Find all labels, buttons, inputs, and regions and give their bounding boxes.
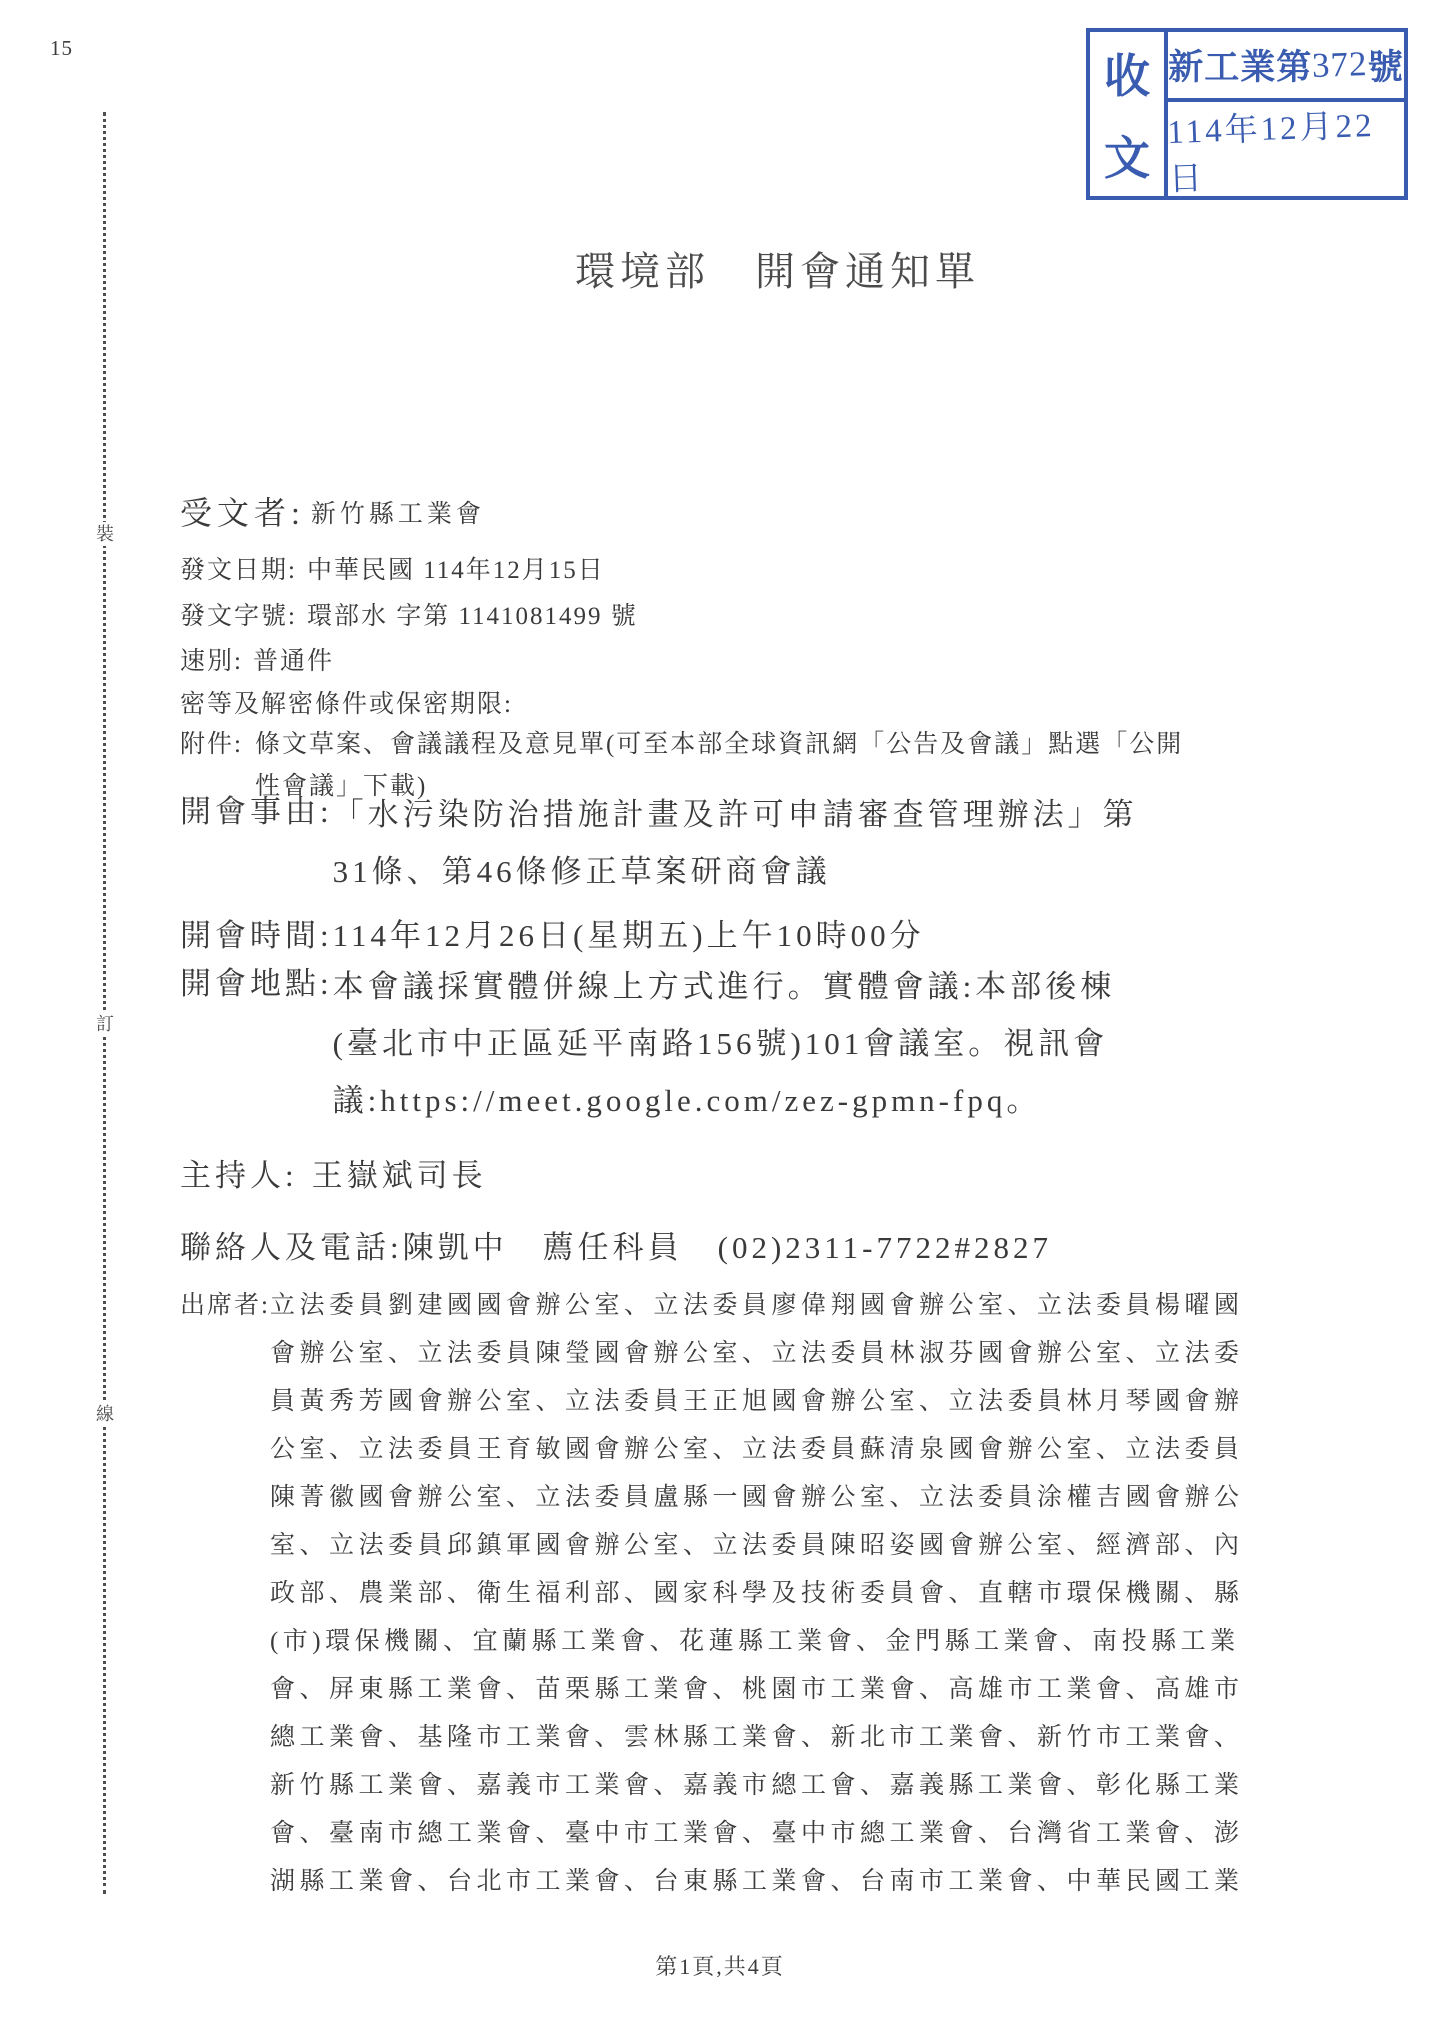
- attendees-line: 員黃秀芳國會辦公室、立法委員王正旭國會辦公室、立法委員林月琴國會辦: [270, 1378, 1244, 1426]
- attachment-label: 附件:: [180, 724, 243, 760]
- doc-number-row: 發文字號:環部水 字第 1141081499 號: [180, 596, 638, 632]
- stamp-receive-char-top: 收: [1104, 40, 1150, 106]
- contact-value: 陳凱中 薦任科員 (02)2311-7722#2827: [403, 1230, 1052, 1265]
- attendees-line: 會、臺南市總工業會、臺中市工業會、臺中市總工業會、台灣省工業會、澎: [270, 1810, 1244, 1858]
- meeting-place-lines: 本會議採實體併線上方式進行。實體會議:本部後棟(臺北市中正區延平南路156號)1…: [333, 958, 1116, 1129]
- page-margin-number: 15: [50, 36, 73, 61]
- speed-value: 普通件: [253, 648, 334, 675]
- attendees-lines: 立法委員劉建國國會辦公室、立法委員廖偉翔國會辦公室、立法委員楊曜國會辦公室、立法…: [270, 1282, 1244, 1906]
- meeting-subject-lines: 「水污染防治措施計畫及許可申請審查管理辦法」第31條、第46條修正草案研商會議: [333, 786, 1138, 900]
- binding-mark-ding: 訂: [92, 1012, 118, 1036]
- meeting-place-label: 開會地點:: [180, 958, 333, 1003]
- attendees-row: 出席者: 立法委員劉建國國會辦公室、立法委員廖偉翔國會辦公室、立法委員楊曜國會辦…: [180, 1282, 1315, 1906]
- stamp-doc-number-handwritten: 372: [1312, 44, 1369, 86]
- stamp-doc-number: 新工業第 372 號: [1168, 32, 1404, 102]
- meeting-subject-row: 開會事由: 「水污染防治措施計畫及許可申請審查管理辦法」第31條、第46條修正草…: [180, 786, 1360, 900]
- attendees-line: 陳菁徽國會辦公室、立法委員盧縣一國會辦公室、立法委員涂權吉國會辦公: [270, 1474, 1244, 1522]
- attendees-line: 會辦公室、立法委員陳瑩國會辦公室、立法委員林淑芬國會辦公室、立法委: [270, 1330, 1244, 1378]
- attendees-line: (市)環保機關、宜蘭縣工業會、花蓮縣工業會、金門縣工業會、南投縣工業: [270, 1618, 1244, 1666]
- stamp-doc-number-prefix: 新工業第: [1168, 40, 1312, 90]
- send-date-value: 中華民國 114年12月15日: [307, 557, 605, 584]
- chair-value: 王嶽斌司長: [312, 1158, 487, 1193]
- stamp-receive-date-handwritten: 114年12月22日: [1166, 98, 1405, 200]
- security-row: 密等及解密條件或保密期限:: [180, 684, 513, 720]
- meeting-place-line: (臺北市中正區延平南路156號)101會議室。視訊會: [333, 1015, 1116, 1072]
- recipient-value: 新竹縣工業會: [311, 501, 485, 528]
- chair-label: 主持人:: [180, 1158, 298, 1193]
- contact-label: 聯絡人及電話:: [180, 1230, 403, 1265]
- contact-row: 聯絡人及電話:陳凱中 薦任科員 (02)2311-7722#2827: [180, 1222, 1052, 1267]
- attendees-line: 湖縣工業會、台北市工業會、台東縣工業會、台南市工業會、中華民國工業: [270, 1858, 1244, 1906]
- binding-mark-zhuang: 裝: [92, 522, 118, 546]
- attendees-line: 會、屏東縣工業會、苗栗縣工業會、桃園市工業會、高雄市工業會、高雄市: [270, 1666, 1244, 1714]
- binding-dotted-line: [103, 112, 106, 1894]
- binding-mark-xian: 線: [92, 1402, 118, 1426]
- speed-label: 速別:: [180, 648, 243, 675]
- chair-row: 主持人:王嶽斌司長: [180, 1150, 487, 1195]
- receive-stamp-fields: 新工業第 372 號 114年12月22日: [1168, 32, 1404, 196]
- attendees-line: 新竹縣工業會、嘉義市工業會、嘉義市總工會、嘉義縣工業會、彰化縣工業: [270, 1762, 1244, 1810]
- speed-row: 速別:普通件: [180, 641, 334, 677]
- scanned-document-page: 15 收 文 新工業第 372 號 114年12月22日 裝 訂 線 環境部 開…: [0, 0, 1440, 2037]
- recipient-label: 受文者:: [180, 495, 305, 531]
- meeting-time-row: 開會時間:114年12月26日(星期五)上午10時00分: [180, 910, 925, 955]
- send-date-label: 發文日期:: [180, 557, 297, 584]
- doc-number-label: 發文字號:: [180, 603, 297, 630]
- meeting-time-label: 開會時間:: [180, 918, 333, 953]
- meeting-place-line: 議:https://meet.google.com/zez-gpmn-fpq。: [333, 1072, 1116, 1129]
- attendees-line: 立法委員劉建國國會辦公室、立法委員廖偉翔國會辦公室、立法委員楊曜國: [270, 1282, 1244, 1330]
- stamp-doc-number-suffix: 號: [1368, 40, 1404, 90]
- meeting-time-value: 114年12月26日(星期五)上午10時00分: [333, 918, 925, 953]
- meeting-subject-label: 開會事由:: [180, 786, 333, 831]
- attachment-line: 條文草案、會議議程及意見單(可至本部全球資訊網「公告及會議」點選「公開: [255, 724, 1183, 766]
- meeting-place-row: 開會地點: 本會議採實體併線上方式進行。實體會議:本部後棟(臺北市中正區延平南路…: [180, 958, 1360, 1129]
- attendees-line: 室、立法委員邱鎮軍國會辦公室、立法委員陳昭姿國會辦公室、經濟部、內: [270, 1522, 1244, 1570]
- attendees-line: 總工業會、基隆市工業會、雲林縣工業會、新北市工業會、新竹市工業會、: [270, 1714, 1244, 1762]
- attendees-line: 公室、立法委員王育敏國會辦公室、立法委員蘇清泉國會辦公室、立法委員: [270, 1426, 1244, 1474]
- document-title: 環境部 開會通知單: [575, 240, 980, 297]
- recipient-row: 受文者:新竹縣工業會: [180, 488, 485, 534]
- stamp-receive-char-bottom: 文: [1104, 122, 1150, 188]
- receive-stamp-label-column: 收 文: [1090, 32, 1168, 196]
- meeting-subject-line: 「水污染防治措施計畫及許可申請審查管理辦法」第: [333, 786, 1138, 843]
- attendees-line: 政部、農業部、衛生福利部、國家科學及技術委員會、直轄市環保機關、縣: [270, 1570, 1244, 1618]
- receive-stamp: 收 文 新工業第 372 號 114年12月22日: [1086, 28, 1408, 200]
- meeting-subject-line: 31條、第46條修正草案研商會議: [333, 843, 1138, 900]
- security-label: 密等及解密條件或保密期限:: [180, 691, 513, 718]
- attendees-label: 出席者:: [180, 1282, 270, 1330]
- send-date-row: 發文日期:中華民國 114年12月15日: [180, 550, 605, 586]
- page-footer: 第1頁,共4頁: [0, 1950, 1440, 1981]
- doc-number-value: 環部水 字第 1141081499 號: [307, 603, 638, 630]
- meeting-place-line: 本會議採實體併線上方式進行。實體會議:本部後棟: [333, 958, 1116, 1015]
- stamp-receive-date: 114年12月22日: [1168, 102, 1404, 196]
